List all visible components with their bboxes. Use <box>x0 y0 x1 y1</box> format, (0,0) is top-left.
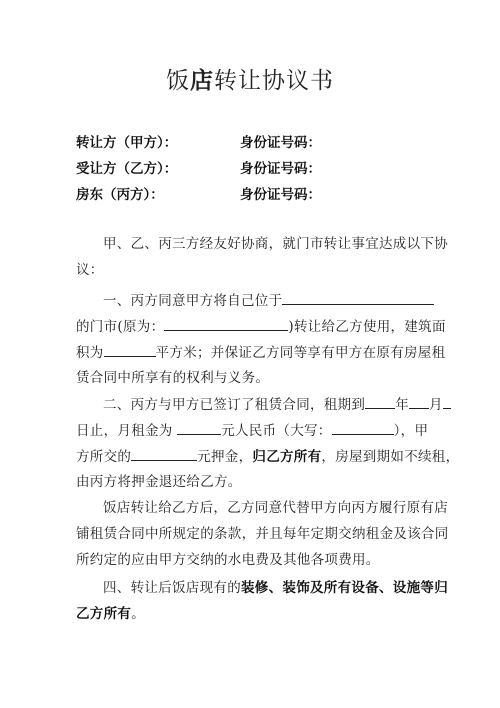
party-row-transferor: 转让方（甲方）： 身份证号码： <box>76 131 177 151</box>
intro-line-2: 议： <box>76 262 104 278</box>
lease-day-blank[interactable] <box>443 396 451 409</box>
clause2-text: 元人民币（大写： <box>221 423 331 439</box>
party-label: 房东（丙方）： <box>76 187 164 203</box>
clause2-text: 月 <box>429 397 443 413</box>
id-number-label: 身份证号码： <box>240 131 321 151</box>
clause1-text: 积为 <box>76 345 104 361</box>
clause1-line-2: 的门市(原为：)转让给乙方使用，建筑面 <box>76 318 446 335</box>
clause3-line-1: 饭店转让给乙方后，乙方同意代替甲方向丙方履行原有店 <box>103 500 448 516</box>
clause4-text: 。 <box>131 606 145 622</box>
clause4-line-1: 四、转让后饭店现有的装修、装饰及所有设备、设施等归 <box>103 580 448 596</box>
party-label: 转让方（甲方）： <box>76 135 177 151</box>
clause2-line-2: 日止，月租金为 元人民币（大写：），甲 <box>76 422 428 439</box>
clause2-text: 二、丙方与甲方已签订了租赁合同，租期到 <box>103 397 365 413</box>
rent-uppercase-blank[interactable] <box>332 422 394 435</box>
clause2-text: ，房屋到期如不续租， <box>321 449 459 465</box>
clause1-line-3: 积为平方米；并保证乙方同等享有甲方在原有房屋租 <box>76 344 445 361</box>
id-number-label: 身份证号码： <box>240 157 321 177</box>
clause3-line-2: 铺租赁合同中所规定的条款，并且每年定期交纳租金及该合同 <box>76 526 449 542</box>
title-bold: 店 <box>190 68 214 94</box>
clause1-line-4: 赁合同中所享有的权利与义务。 <box>76 370 269 386</box>
original-use-blank[interactable] <box>164 318 288 331</box>
title-suffix: 转让协议书 <box>214 68 334 94</box>
clause2-text: 方所交的 <box>76 449 131 465</box>
document-title: 饭店转让协议书 <box>0 62 500 95</box>
clause3-line-3: 所约定的应由甲方交纳的水电费及其他各项费用。 <box>76 552 380 568</box>
party-row-transferee: 受让方（乙方）： 身份证号码： <box>76 157 177 177</box>
lease-year-blank[interactable] <box>365 396 395 409</box>
clause4-bold-text: 乙方所有 <box>76 606 131 622</box>
intro-line-1: 甲、乙、丙三方经友好协商，就门市转让事宜达成以下协 <box>103 236 448 252</box>
clause2-text: 年 <box>395 397 409 413</box>
id-number-label: 身份证号码： <box>240 183 321 203</box>
clause1-text: 平方米；并保证乙方同等享有甲方在原有房屋租 <box>156 345 446 361</box>
clause2-line-3: 方所交的元押金，归乙方所有，房屋到期如不续租， <box>76 448 459 465</box>
clause4-bold-text: 装修、装饰及所有设备、设施等归 <box>241 580 448 596</box>
location-blank[interactable] <box>282 292 434 305</box>
clause1-text: )转让给乙方使用，建筑面 <box>288 319 445 335</box>
monthly-rent-blank[interactable] <box>177 422 221 435</box>
area-blank[interactable] <box>104 344 156 357</box>
clause2-bold-text: 归乙方所有 <box>252 449 321 465</box>
title-prefix: 饭 <box>166 68 190 94</box>
clause2-line-1: 二、丙方与甲方已签订了租赁合同，租期到年月 <box>103 396 451 413</box>
clause2-text: 日止，月租金为 <box>76 423 177 439</box>
clause4-line-2: 乙方所有。 <box>76 606 145 622</box>
party-label: 受让方（乙方）： <box>76 161 177 177</box>
party-row-landlord: 房东（丙方）： 身份证号码： <box>76 183 164 203</box>
lease-month-blank[interactable] <box>409 396 429 409</box>
clause4-text: 四、转让后饭店现有的 <box>103 580 241 596</box>
deposit-blank[interactable] <box>131 448 197 461</box>
clause1-text: 的门市(原为： <box>76 319 164 335</box>
clause2-line-4: 由丙方将押金退还给乙方。 <box>76 474 242 490</box>
clause1-line-1: 一、丙方同意甲方将自己位于 <box>103 292 434 309</box>
clause2-text: 元押金， <box>197 449 252 465</box>
clause2-text: ），甲 <box>394 423 429 439</box>
clause1-text: 一、丙方同意甲方将自己位于 <box>103 293 282 309</box>
